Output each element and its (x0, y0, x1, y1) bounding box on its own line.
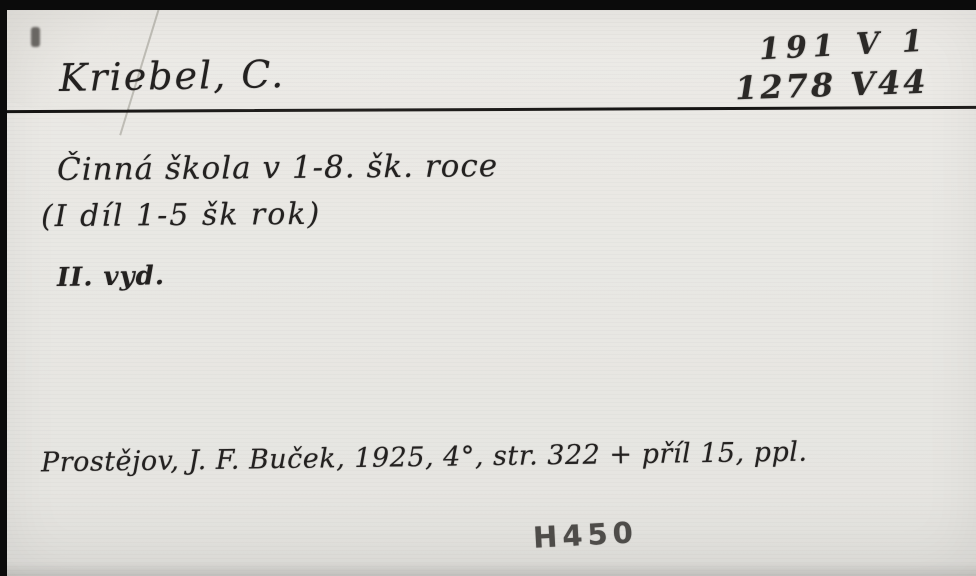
edition-statement: II. vyd. (57, 261, 165, 293)
author-heading: Kriebel, C. (59, 52, 286, 100)
catalog-card: Kriebel, C. 191 V 1 1278 V44 Činná škola… (7, 10, 976, 576)
shelf-mark-pencil: H450 (532, 515, 638, 554)
title-line2: (I díl 1-5 šk rok) (41, 197, 322, 234)
title-line1: Činná škola v 1-8. šk. roce (57, 148, 498, 188)
ink-smudge-mark (31, 27, 40, 47)
bottom-scan-shade (7, 562, 976, 576)
imprint-line: Prostějov, J. F. Buček, 1925, 4°, str. 3… (41, 437, 808, 479)
call-number-line1: 191 V 1 (758, 24, 929, 68)
heading-rule-line (7, 106, 976, 113)
scan-background: Kriebel, C. 191 V 1 1278 V44 Činná škola… (0, 0, 976, 576)
call-number-line2: 1278 V44 (734, 63, 929, 108)
